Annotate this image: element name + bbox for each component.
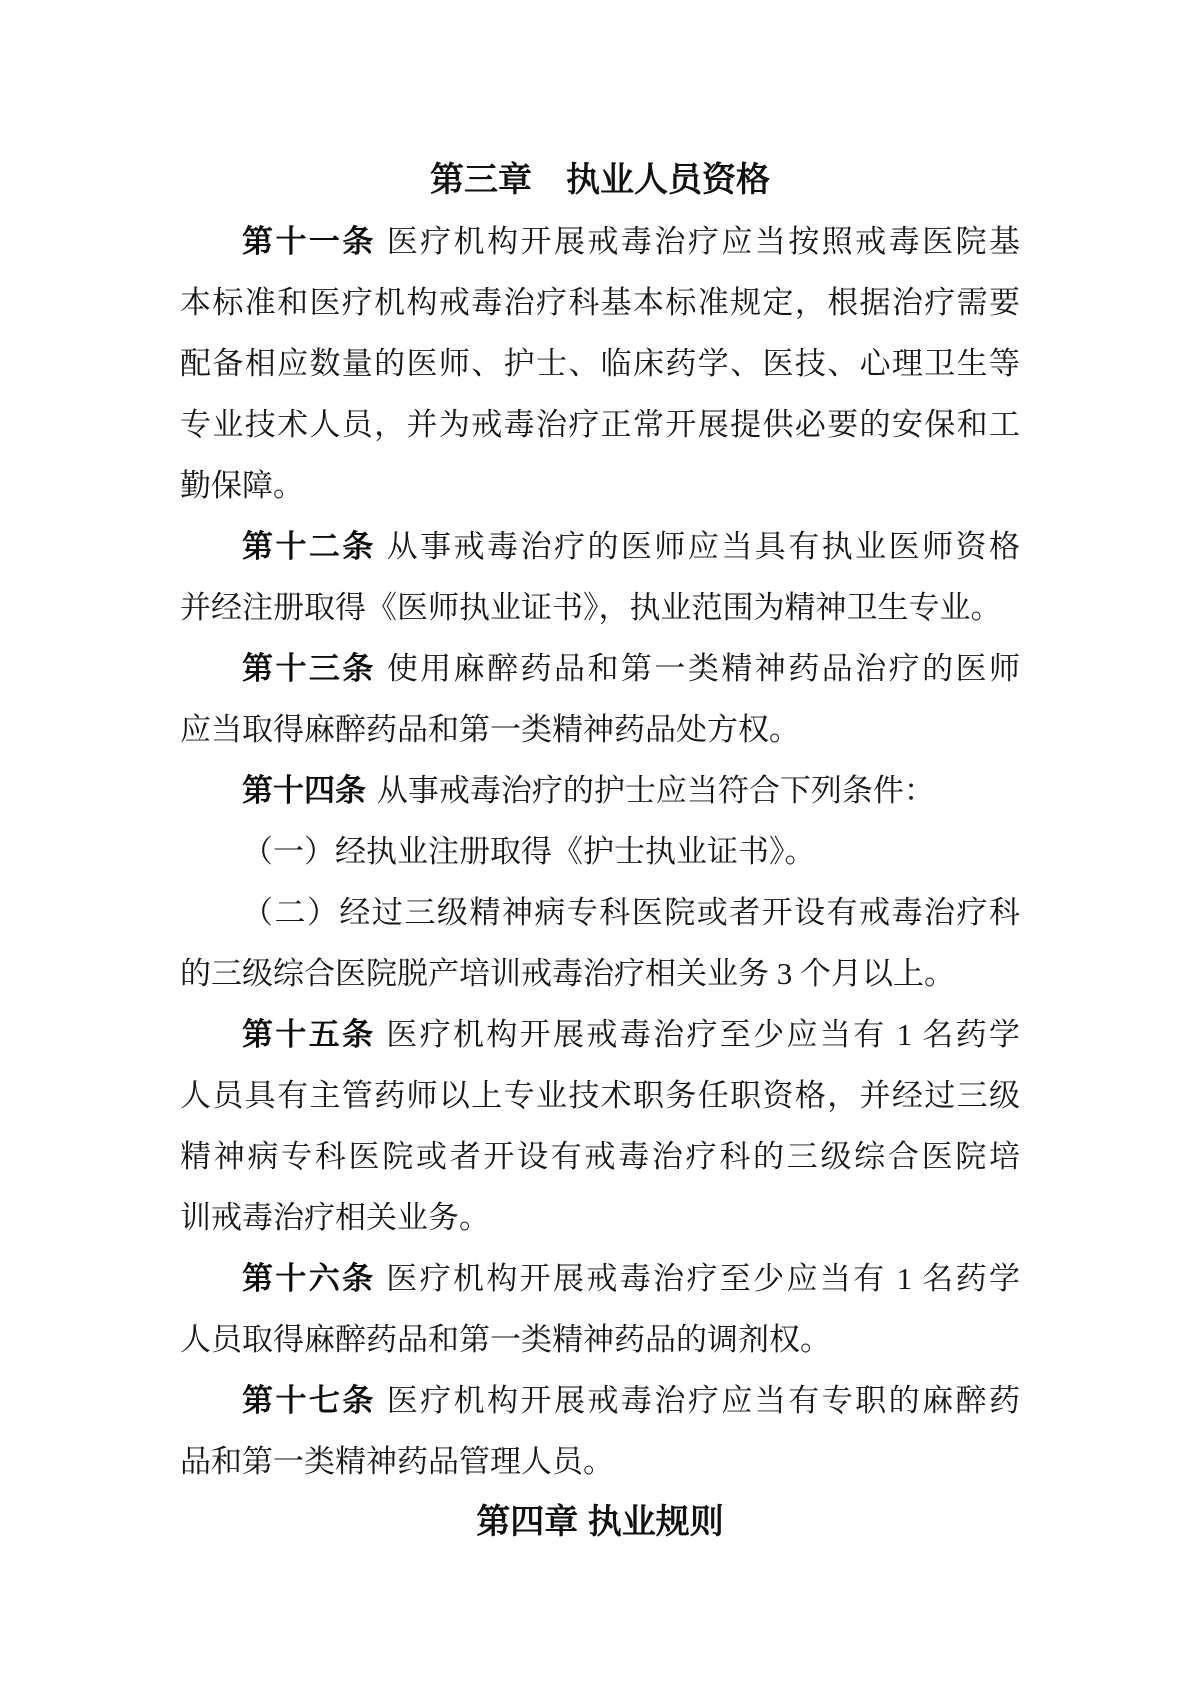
text-line: （一）经执业注册取得《护士执业证书》。: [180, 821, 1020, 882]
text-line: 第十三条使用麻醉药品和第一类精神药品治疗的医师: [180, 638, 1020, 699]
article-number: 第十二条: [242, 529, 376, 564]
document-content: 第三章 执业人员资格 第十一条医疗机构开展戒毒治疗应当按照戒毒医院基本标准和医疗…: [180, 150, 1020, 1553]
text-line: 训戒毒治疗相关业务。: [180, 1187, 1020, 1248]
article-paragraph: 第十一条医疗机构开展戒毒治疗应当按照戒毒医院基本标准和医疗机构戒毒治疗科基本标准…: [180, 211, 1020, 516]
article-paragraph: 第十二条从事戒毒治疗的医师应当具有执业医师资格并经注册取得《医师执业证书》，执业…: [180, 516, 1020, 638]
text-line: 应当取得麻醉药品和第一类精神药品处方权。: [180, 699, 1020, 760]
article-number: 第十五条: [242, 1017, 375, 1052]
text-line: 勤保障。: [180, 455, 1020, 516]
article-number: 第十六条: [242, 1261, 375, 1296]
text-line: 第十四条从事戒毒治疗的护士应当符合下列条件：: [180, 760, 1020, 821]
text-line: 并经注册取得《医师执业证书》，执业范围为精神卫生专业。: [180, 577, 1020, 638]
text-line: 精神病专科医院或者开设有戒毒治疗科的三级综合医院培: [180, 1126, 1020, 1187]
chapter4-heading: 第四章 执业规则: [180, 1492, 1020, 1553]
article-paragraph: 第十六条医疗机构开展戒毒治疗至少应当有 1 名药学人员取得麻醉药品和第一类精神药…: [180, 1248, 1020, 1370]
text-line: 配备相应数量的医师、护士、临床药学、医技、心理卫生等: [180, 333, 1020, 394]
text-line: 人员具有主管药师以上专业技术职务任职资格，并经过三级: [180, 1065, 1020, 1126]
article-number: 第十四条: [242, 773, 366, 808]
text-line: 第十七条医疗机构开展戒毒治疗应当有专职的麻醉药: [180, 1370, 1020, 1431]
document-body: 第十一条医疗机构开展戒毒治疗应当按照戒毒医院基本标准和医疗机构戒毒治疗科基本标准…: [180, 211, 1020, 1492]
text-line: 品和第一类精神药品管理人员。: [180, 1431, 1020, 1492]
article-paragraph: （二）经过三级精神病专科医院或者开设有戒毒治疗科的三级综合医院脱产培训戒毒治疗相…: [180, 882, 1020, 1004]
article-paragraph: 第十七条医疗机构开展戒毒治疗应当有专职的麻醉药品和第一类精神药品管理人员。: [180, 1370, 1020, 1492]
text-line: 第十一条医疗机构开展戒毒治疗应当按照戒毒医院基: [180, 211, 1020, 272]
text-line: 专业技术人员，并为戒毒治疗正常开展提供必要的安保和工: [180, 394, 1020, 455]
article-number: 第十三条: [242, 651, 376, 686]
text-line: 第十五条医疗机构开展戒毒治疗至少应当有 1 名药学: [180, 1004, 1020, 1065]
text-line: （二）经过三级精神病专科医院或者开设有戒毒治疗科: [180, 882, 1020, 943]
article-paragraph: 第十四条从事戒毒治疗的护士应当符合下列条件：: [180, 760, 1020, 821]
chapter3-heading: 第三章 执业人员资格: [180, 150, 1020, 211]
text-line: 人员取得麻醉药品和第一类精神药品的调剂权。: [180, 1309, 1020, 1370]
article-number: 第十七条: [242, 1383, 376, 1418]
document-page: 第三章 执业人员资格 第十一条医疗机构开展戒毒治疗应当按照戒毒医院基本标准和医疗…: [0, 0, 1200, 1696]
article-paragraph: 第十三条使用麻醉药品和第一类精神药品治疗的医师应当取得麻醉药品和第一类精神药品处…: [180, 638, 1020, 760]
article-number: 第十一条: [242, 224, 376, 259]
text-line: 本标准和医疗机构戒毒治疗科基本标准规定，根据治疗需要: [180, 272, 1020, 333]
text-line: 的三级综合医院脱产培训戒毒治疗相关业务 3 个月以上。: [180, 943, 1020, 1004]
text-line: 第十六条医疗机构开展戒毒治疗至少应当有 1 名药学: [180, 1248, 1020, 1309]
text-line: 第十二条从事戒毒治疗的医师应当具有执业医师资格: [180, 516, 1020, 577]
article-paragraph: 第十五条医疗机构开展戒毒治疗至少应当有 1 名药学人员具有主管药师以上专业技术职…: [180, 1004, 1020, 1248]
article-paragraph: （一）经执业注册取得《护士执业证书》。: [180, 821, 1020, 882]
